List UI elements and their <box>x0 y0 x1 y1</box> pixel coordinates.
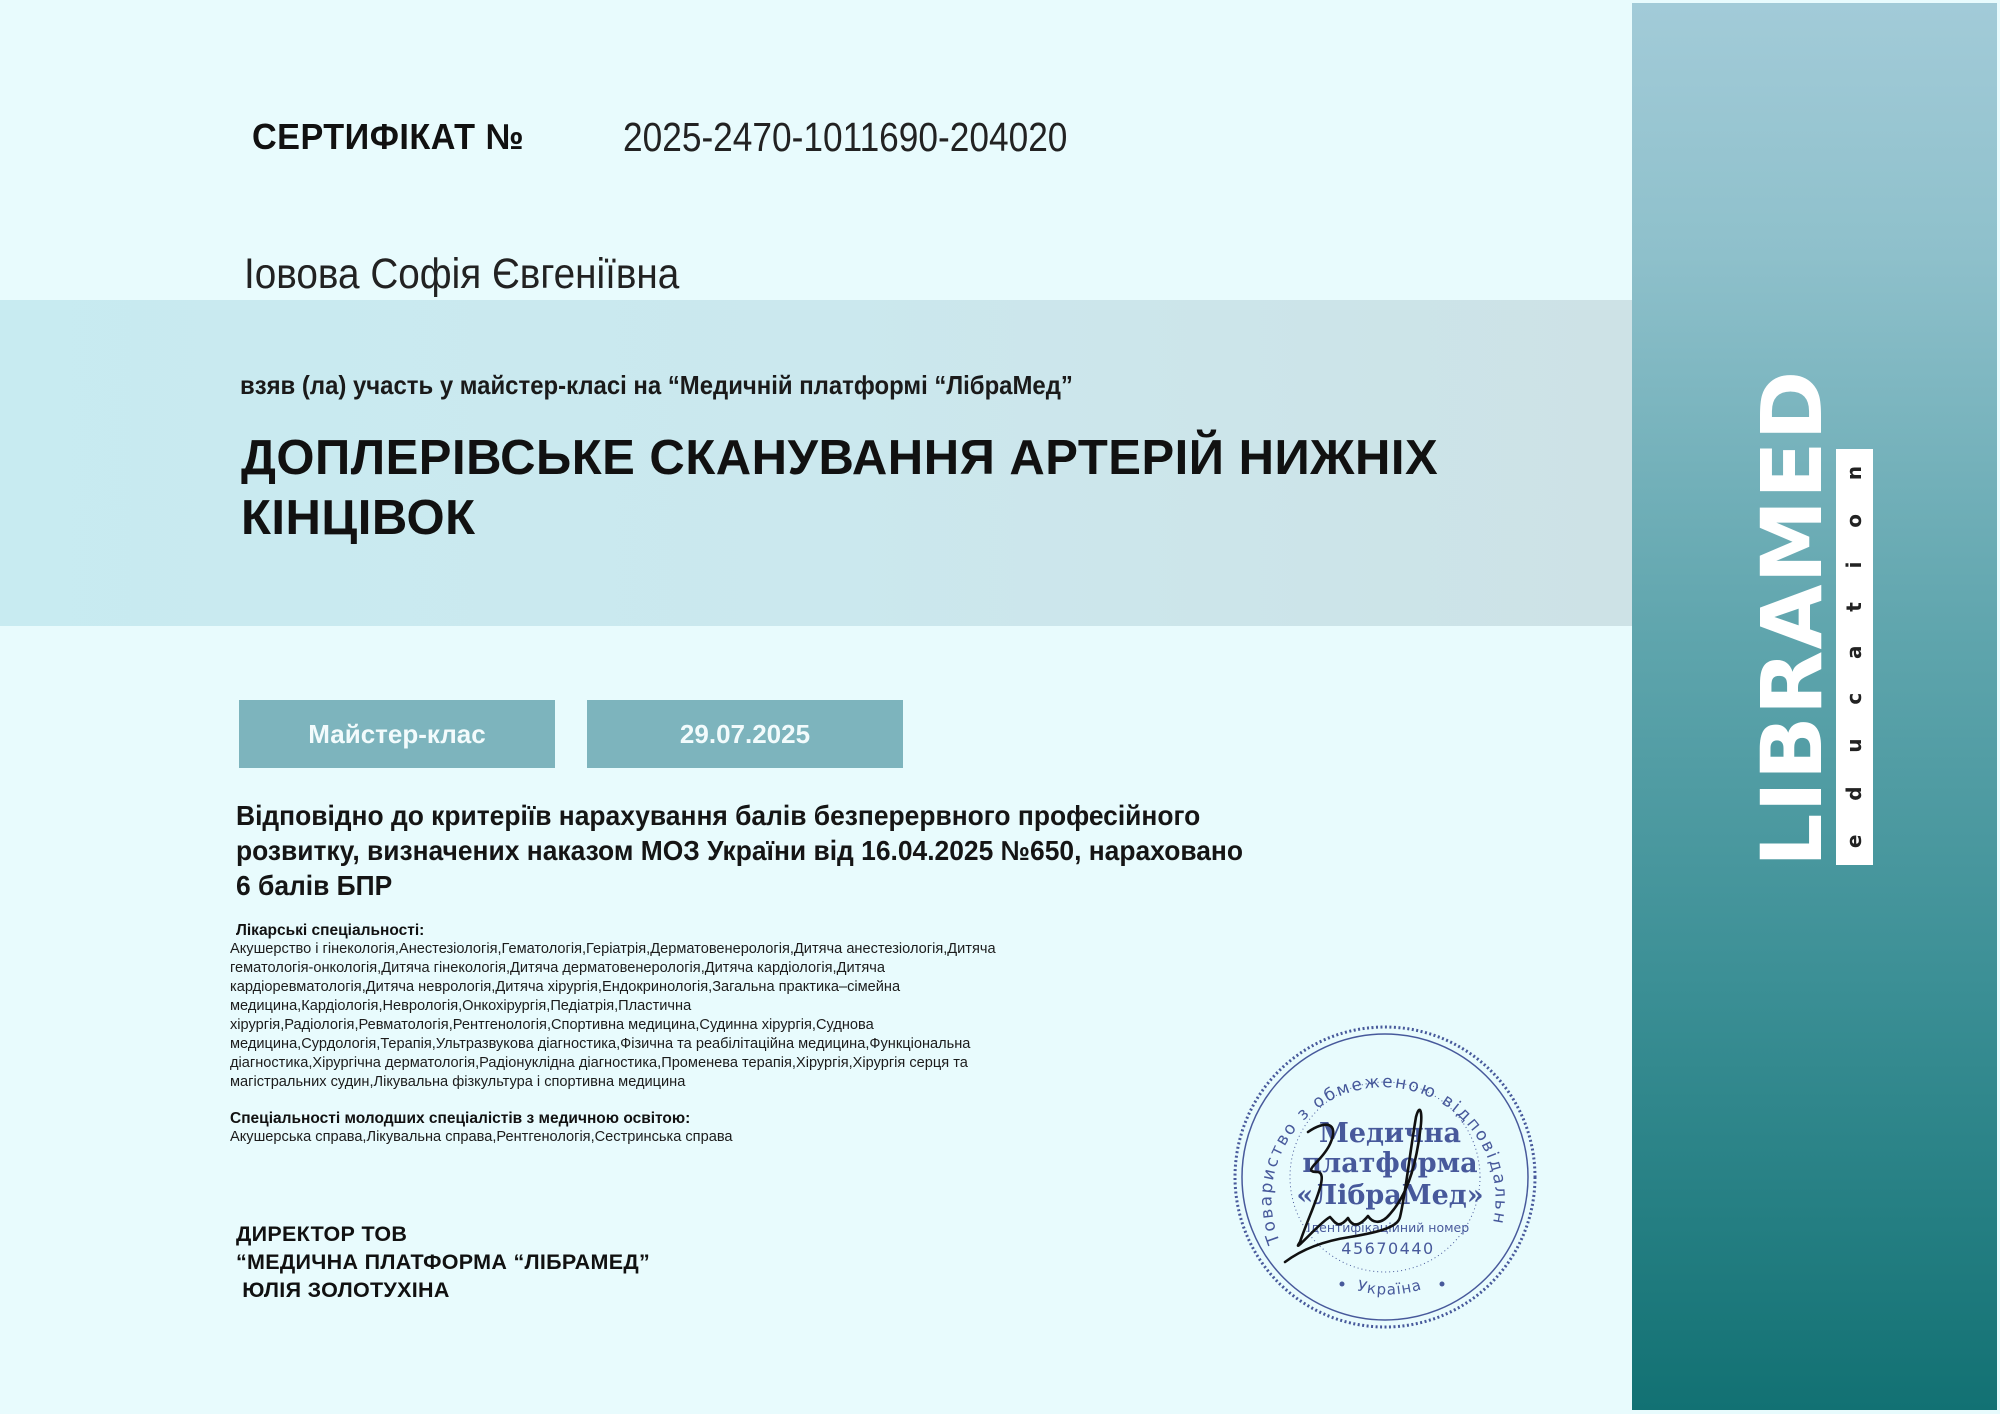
participation-text: взяв (ла) участь у майстер-класі на “Мед… <box>240 370 1073 401</box>
specialties-line: кардіоревматологія,Дитяча неврологія,Дит… <box>230 978 1190 997</box>
certificate-label: СЕРТИФІКАТ № <box>252 116 524 158</box>
junior-specialties-heading: Спеціальності молодших спеціалістів з ме… <box>230 1110 690 1128</box>
junior-specialties-list: Акушерська справа,Лікувальна справа,Рент… <box>230 1129 733 1145</box>
stamp-bottom-text: Україна <box>1356 1276 1424 1299</box>
specialties-line: медицина,Сурдологія,Терапія,Ультразвуков… <box>230 1035 1190 1054</box>
director-line: “МЕДИЧНА ПЛАТФОРМА “ЛІБРАМЕД” <box>236 1248 650 1276</box>
points-line: Відповідно до критеріїв нарахування балі… <box>236 798 1436 833</box>
director-signature-block: ДИРЕКТОР ТОВ “МЕДИЧНА ПЛАТФОРМА “ЛІБРАМЕ… <box>236 1220 650 1304</box>
director-line: ЮЛІЯ ЗОЛОТУХІНА <box>236 1276 650 1304</box>
svg-text:Україна: Україна <box>1356 1276 1424 1299</box>
svg-text:платформа: платформа <box>1302 1148 1477 1179</box>
official-stamp-icon: Товариство з обмеженою відповідальністю … <box>1230 1022 1540 1332</box>
event-date-badge: 29.07.2025 <box>587 700 903 768</box>
recipient-name: Іовова Софія Євгеніївна <box>244 250 679 299</box>
specialties-line: гематологія-онкологія,Дитяча гінекологія… <box>230 959 1190 978</box>
specialties-line: магістральних судин,Лікувальна фізкульту… <box>230 1073 1190 1092</box>
course-title: ДОПЛЕРІВСЬКЕ СКАНУВАННЯ АРТЕРІЙ НИЖНІХ К… <box>241 428 1641 548</box>
logo-subtitle: e d u c a t i o n <box>1836 449 1873 865</box>
svg-text:Медична: Медична <box>1319 1118 1461 1149</box>
doctor-specialties-list: Акушерство і гінекологія,Анестезіологія,… <box>230 940 1190 1092</box>
points-line: 6 балів БПР <box>236 868 1436 903</box>
svg-text:45670440: 45670440 <box>1341 1239 1434 1258</box>
specialties-line: Акушерство і гінекологія,Анестезіологія,… <box>230 940 1190 959</box>
course-title-line: ДОПЛЕРІВСЬКЕ СКАНУВАННЯ АРТЕРІЙ НИЖНІХ <box>241 428 1641 488</box>
director-line: ДИРЕКТОР ТОВ <box>236 1220 650 1248</box>
event-type-badge: Майстер-клас <box>239 700 555 768</box>
specialties-line: діагностика,Хірургічна дерматологія,Раді… <box>230 1054 1190 1073</box>
libramed-logo: LIBRAMED e d u c a t i o n <box>1752 447 1877 867</box>
specialties-line: медицина,Кардіологія,Неврологія,Онкохіру… <box>230 997 1190 1016</box>
course-title-line: КІНЦІВОК <box>241 488 1641 548</box>
logo-subtitle-bar: e d u c a t i o n <box>1836 449 1873 865</box>
logo-wordmark: LIBRAMED <box>1752 447 1832 867</box>
specialties-line: хірургія,Радіологія,Ревматологія,Рентген… <box>230 1016 1190 1035</box>
cpd-points-statement: Відповідно до критеріїв нарахування балі… <box>236 798 1436 903</box>
svg-text:«ЛібраМед»: «ЛібраМед» <box>1296 1180 1483 1211</box>
points-line: розвитку, визначених наказом МОЗ України… <box>236 833 1436 868</box>
certificate-number: 2025-2470-1011690-204020 <box>623 114 1067 161</box>
doctor-specialties-heading: Лікарські спеціальності: <box>236 922 424 940</box>
